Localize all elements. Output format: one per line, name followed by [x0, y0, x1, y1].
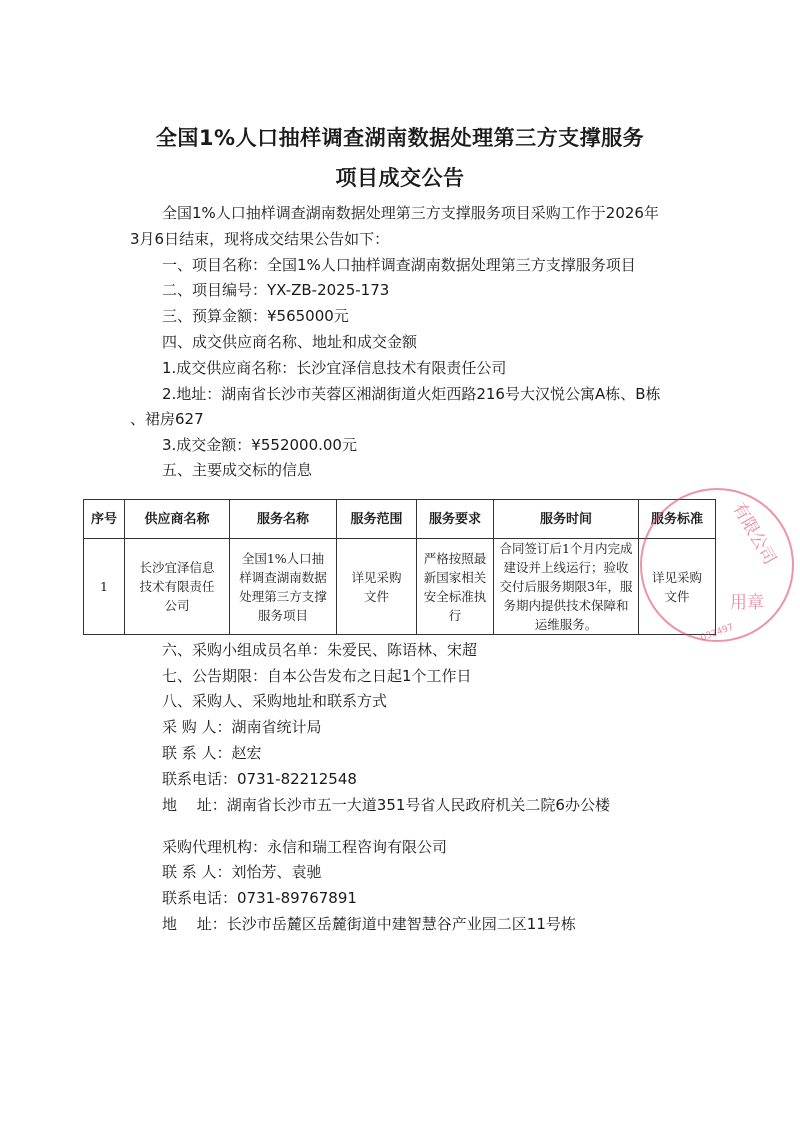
cell-scope: 详见采购文件 [337, 539, 417, 635]
intro-paragraph-line2: 3月6日结束，现将成交结果公告如下： [130, 229, 389, 249]
supplier-address-line2: 、裙房627 [130, 409, 204, 429]
agency-phone: 联系电话：0731-89767891 [162, 888, 357, 908]
document-title-line2: 项目成交公告 [0, 162, 800, 192]
cell-requirement: 严格按照最新国家相关安全标准执行 [417, 539, 494, 635]
purchaser-name: 采 购 人：湖南省统计局 [162, 717, 322, 737]
header-time: 服务时间 [494, 500, 639, 539]
purchaser-address: 地 址：湖南省长沙市五一大道351号省人民政府机关二院6办公楼 [162, 795, 610, 815]
award-table-header-row: 序号 供应商名称 服务名称 服务范围 服务要求 服务时间 服务标准 [84, 500, 716, 539]
header-requirement: 服务要求 [417, 500, 494, 539]
project-name: 一、项目名称：全国1%人口抽样调查湖南数据处理第三方支撑服务项目 [162, 255, 636, 275]
award-amount: 3.成交金额：¥552000.00元 [162, 435, 357, 455]
purchaser-phone: 联系电话：0731-82212548 [162, 769, 357, 789]
seal-text-bottom: 用章 [730, 588, 764, 613]
document-title-line1: 全国1%人口抽样调查湖南数据处理第三方支撑服务 [0, 122, 800, 152]
cell-supplier: 长沙宜泽信息技术有限责任公司 [125, 539, 230, 635]
agency-address: 地 址：长沙市岳麓区岳麓街道中建智慧谷产业园二区11号栋 [162, 914, 576, 934]
header-index: 序号 [84, 500, 125, 539]
agency-name: 采购代理机构：永信和瑞工程咨询有限公司 [162, 837, 447, 857]
award-info-heading: 五、主要成交标的信息 [162, 460, 312, 480]
cell-standard: 详见采购文件 [639, 539, 716, 635]
header-scope: 服务范围 [337, 500, 417, 539]
supplier-address-line1: 2.地址：湖南省长沙市芙蓉区湘湖街道火炬西路216号大汉悦公寓A栋、B栋 [162, 384, 661, 404]
committee-members: 六、采购小组成员名单：朱爱民、陈语林、宋超 [162, 640, 477, 660]
contact-heading: 八、采购人、采购地址和联系方式 [162, 691, 387, 711]
intro-paragraph-line1: 全国1%人口抽样调查湖南数据处理第三方支撑服务项目采购工作于2026年 [162, 203, 659, 223]
cell-service-name: 全国1%人口抽样调查湖南数据处理第三方支撑服务项目 [230, 539, 337, 635]
header-service-name: 服务名称 [230, 500, 337, 539]
notice-period: 七、公告期限：自本公告发布之日起1个工作日 [162, 666, 472, 686]
header-supplier: 供应商名称 [125, 500, 230, 539]
table-row: 1 长沙宜泽信息技术有限责任公司 全国1%人口抽样调查湖南数据处理第三方支撑服务… [84, 539, 716, 635]
cell-index: 1 [84, 539, 125, 635]
award-table: 序号 供应商名称 服务名称 服务范围 服务要求 服务时间 服务标准 1 长沙宜泽… [83, 499, 716, 635]
seal-text-top: 有限公司 [728, 497, 784, 568]
project-code: 二、项目编号：YX-ZB-2025-173 [162, 280, 389, 300]
purchaser-contact: 联 系 人：赵宏 [162, 743, 262, 763]
budget-amount: 三、预算金额：¥565000元 [162, 306, 349, 326]
supplier-name: 1.成交供应商名称：长沙宜泽信息技术有限责任公司 [162, 358, 506, 378]
agency-contact: 联 系 人：刘怡芳、袁驰 [162, 862, 322, 882]
cell-time: 合同签订后1个月内完成建设并上线运行；验收交付后服务期限3年，服务期内提供技术保… [494, 539, 639, 635]
supplier-section-heading: 四、成交供应商名称、地址和成交金额 [162, 332, 417, 352]
header-standard: 服务标准 [639, 500, 716, 539]
